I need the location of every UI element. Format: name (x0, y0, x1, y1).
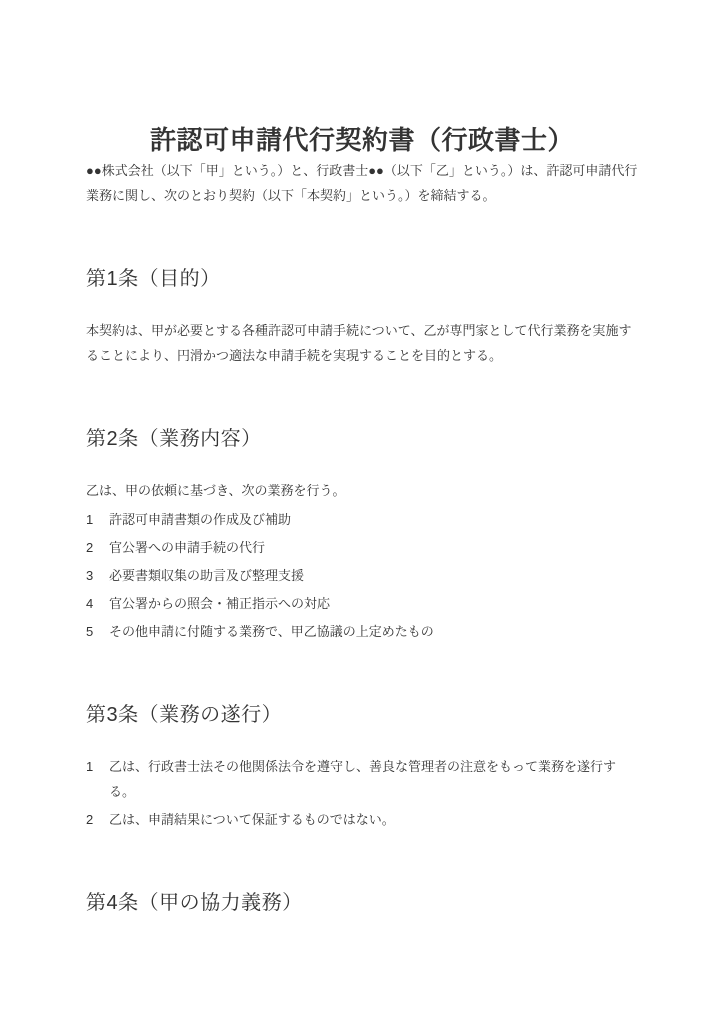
item-text: 官公署からの照会・補正指示への対応 (109, 591, 638, 616)
item-text: 許認可申請書類の作成及び補助 (109, 507, 638, 532)
article-2-item-list: 1 許認可申請書類の作成及び補助 2 官公署への申請手続の代行 3 必要書類収集… (86, 507, 638, 644)
item-text: 乙は、申請結果について保証するものではない。 (109, 807, 638, 832)
item-number: 2 (86, 535, 109, 560)
contract-document-page: 許認可申請代行契約書（行政書士） ●●株式会社（以下「甲」という。）と、行政書士… (0, 0, 724, 1024)
article-4-section: 第4条（甲の協力義務） (86, 888, 638, 918)
item-text: 必要書類収集の助言及び整理支援 (109, 563, 638, 588)
article-2-lead-paragraph: 乙は、甲の依頼に基づき、次の業務を行う。 (86, 478, 638, 503)
list-item: 2 官公署への申請手続の代行 (86, 535, 638, 560)
article-3-section: 第3条（業務の遂行） 1 乙は、行政書士法その他関係法令を遵守し、善良な管理者の… (86, 700, 638, 832)
preamble-paragraph: ●●株式会社（以下「甲」という。）と、行政書士●●（以下「乙」という。）は、許認… (86, 158, 638, 208)
item-number: 1 (86, 754, 109, 804)
item-text: その他申請に付随する業務で、甲乙協議の上定めたもの (109, 619, 638, 644)
article-1-heading: 第1条（目的） (86, 264, 638, 294)
article-2-heading: 第2条（業務内容） (86, 424, 638, 454)
item-text: 乙は、行政書士法その他関係法令を遵守し、善良な管理者の注意をもって業務を遂行する… (109, 754, 638, 804)
list-item: 3 必要書類収集の助言及び整理支援 (86, 563, 638, 588)
list-item: 2 乙は、申請結果について保証するものではない。 (86, 807, 638, 832)
list-item: 5 その他申請に付随する業務で、甲乙協議の上定めたもの (86, 619, 638, 644)
article-4-heading: 第4条（甲の協力義務） (86, 888, 638, 918)
item-number: 1 (86, 507, 109, 532)
item-number: 3 (86, 563, 109, 588)
list-item: 1 乙は、行政書士法その他関係法令を遵守し、善良な管理者の注意をもって業務を遂行… (86, 754, 638, 804)
article-1-section: 第1条（目的） 本契約は、甲が必要とする各種許認可申請手続について、乙が専門家と… (86, 264, 638, 368)
document-title: 許認可申請代行契約書（行政書士） (86, 122, 638, 158)
list-item: 4 官公署からの照会・補正指示への対応 (86, 591, 638, 616)
article-2-section: 第2条（業務内容） 乙は、甲の依頼に基づき、次の業務を行う。 1 許認可申請書類… (86, 424, 638, 644)
article-3-item-list: 1 乙は、行政書士法その他関係法令を遵守し、善良な管理者の注意をもって業務を遂行… (86, 754, 638, 832)
item-number: 2 (86, 807, 109, 832)
item-number: 5 (86, 619, 109, 644)
article-3-heading: 第3条（業務の遂行） (86, 700, 638, 730)
article-1-paragraph: 本契約は、甲が必要とする各種許認可申請手続について、乙が専門家として代行業務を実… (86, 318, 638, 368)
list-item: 1 許認可申請書類の作成及び補助 (86, 507, 638, 532)
item-text: 官公署への申請手続の代行 (109, 535, 638, 560)
item-number: 4 (86, 591, 109, 616)
